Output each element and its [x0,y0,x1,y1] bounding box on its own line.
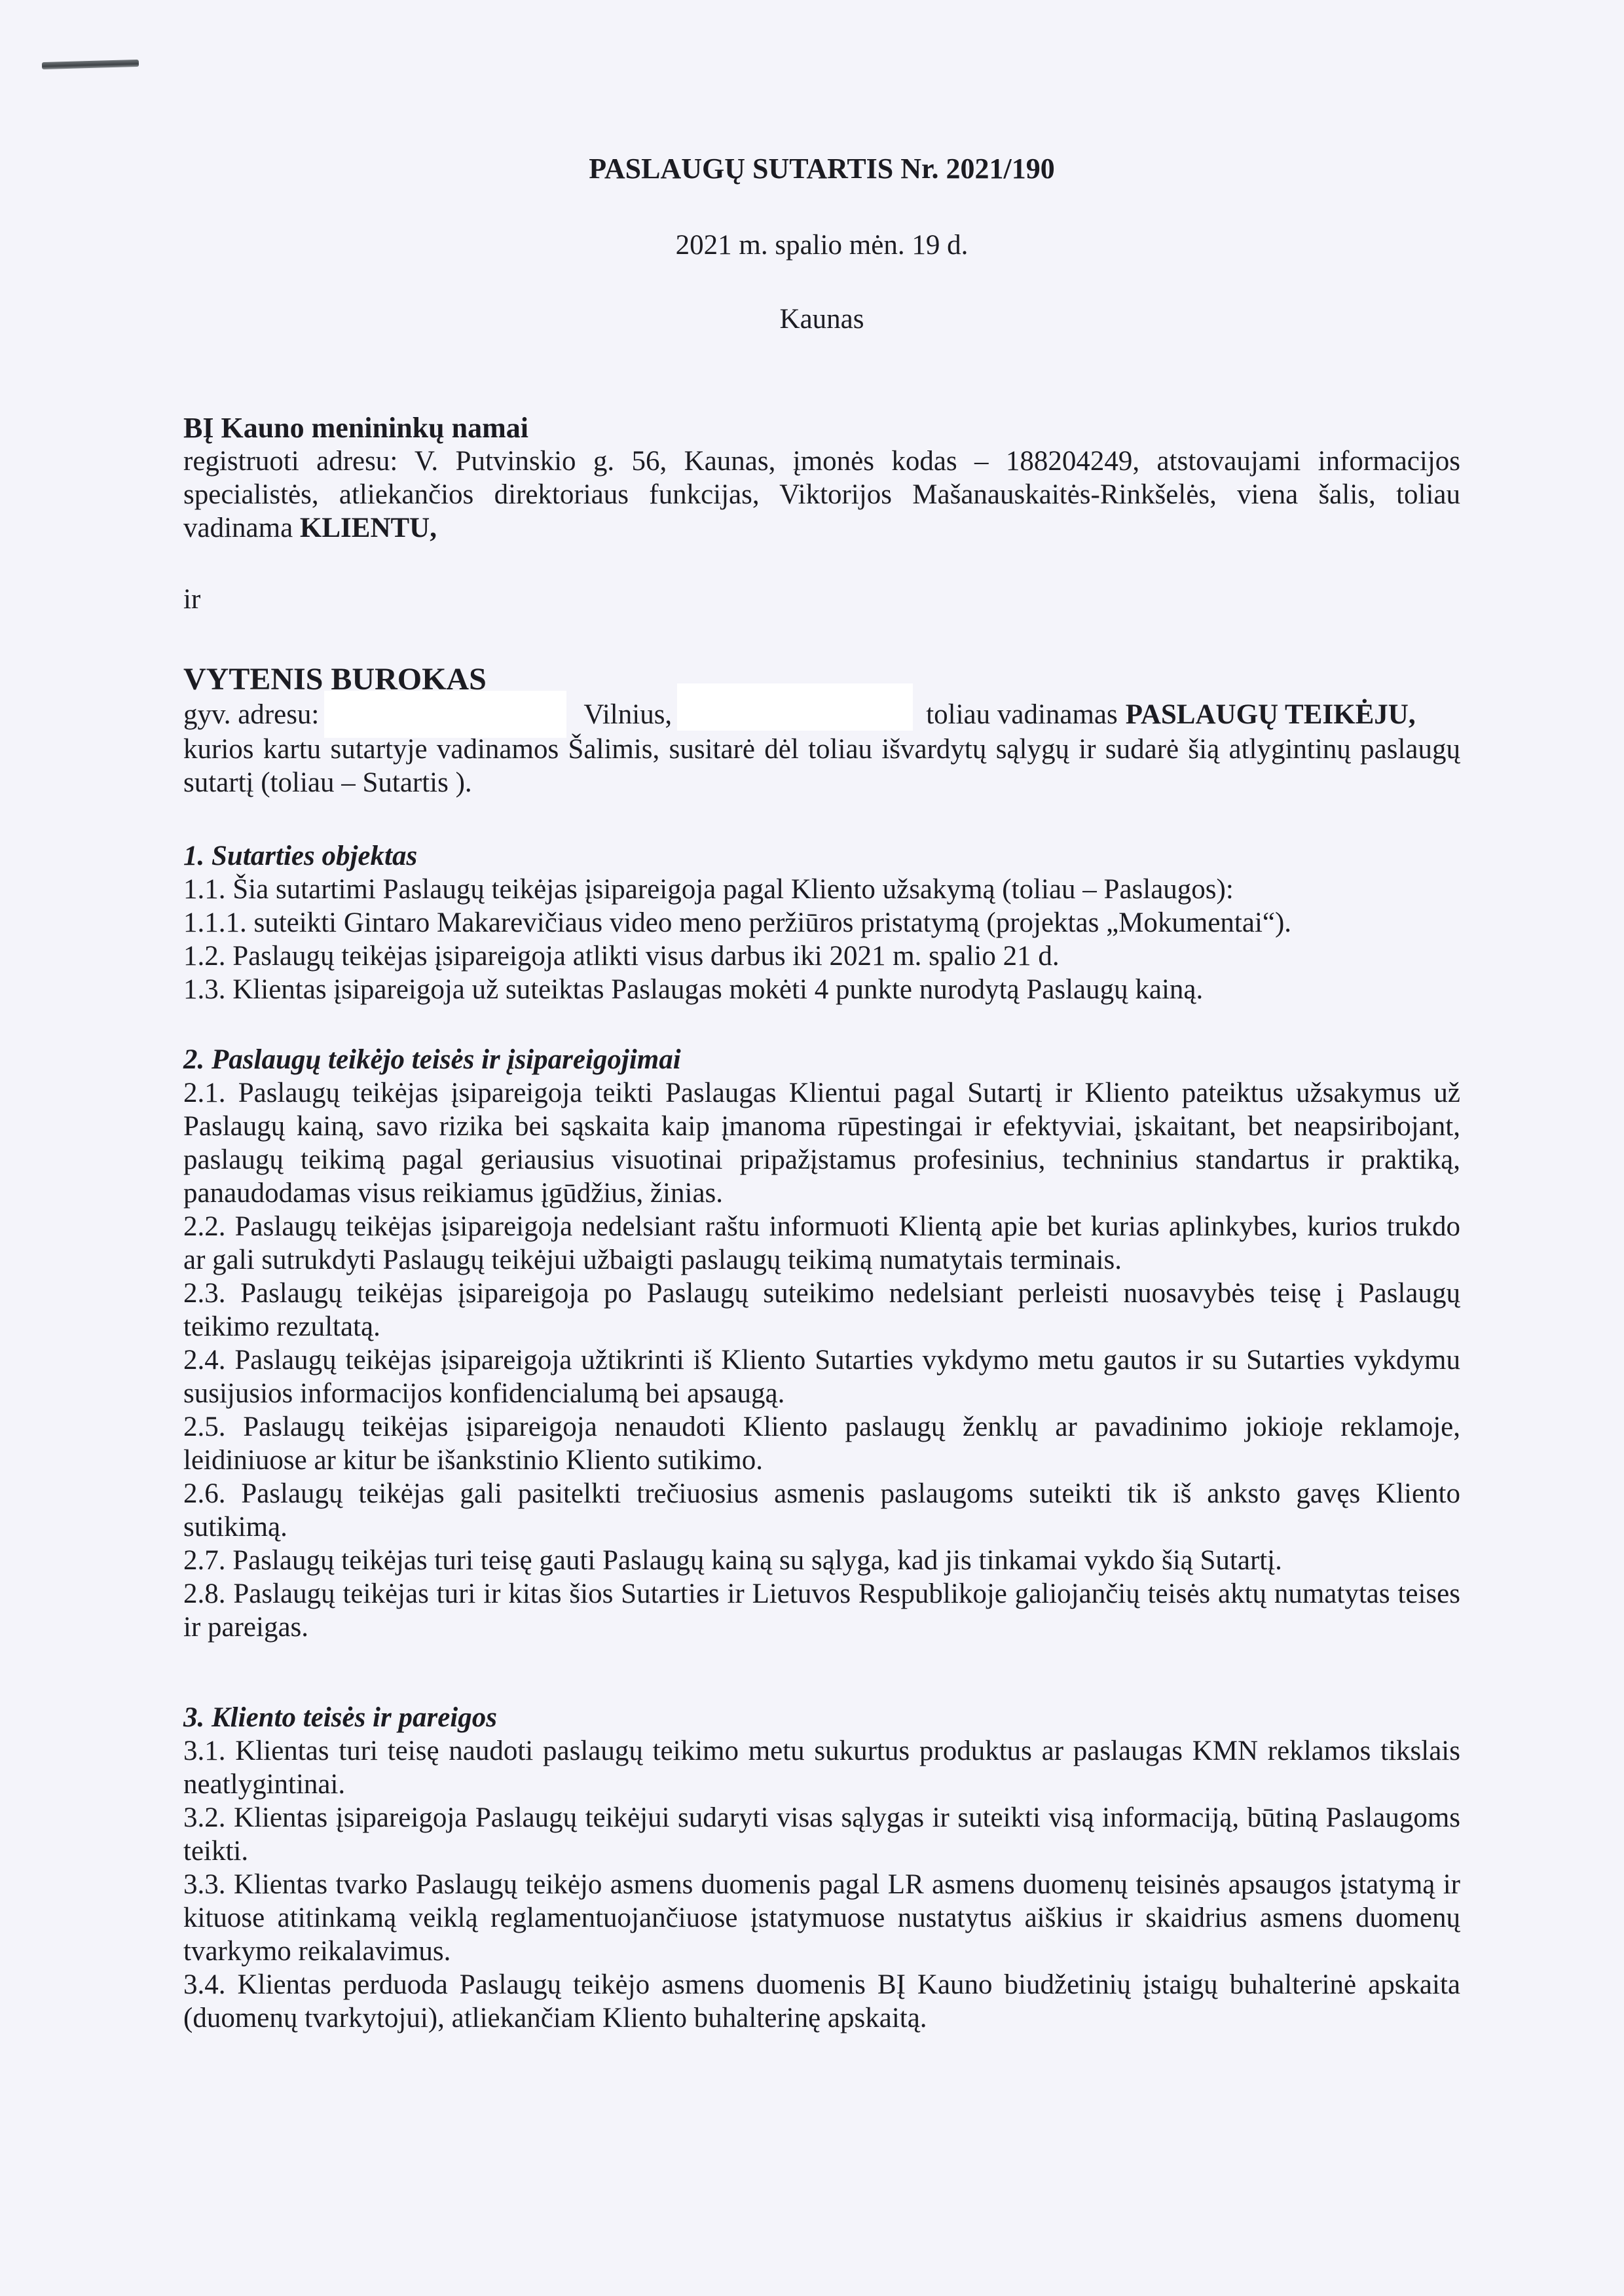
client-details: registruoti adresu: V. Putvinskio g. 56,… [183,445,1460,545]
document-date: 2021 m. spalio mėn. 19 d. [183,228,1460,262]
section-title: 1. Sutarties objektas [183,839,1460,873]
clause-3-1: 3.1. Klientas turi teisę naudoti paslaug… [183,1734,1460,1801]
clause-2-5: 2.5. Paslaugų teikėjas įsipareigoja nena… [183,1410,1460,1477]
client-block: BĮ Kauno menininkų namai registruoti adr… [183,411,1460,616]
staple-mark [42,60,139,69]
provider-intro: toliau vadinamas [926,698,1118,731]
client-name: BĮ Kauno menininkų namai [183,411,1460,445]
provider-role: PASLAUGŲ TEIKĖJU, [1126,698,1416,731]
section-2: 2. Paslaugų teikėjo teisės ir įsipareigo… [183,1043,1460,1644]
clause-3-4: 3.4. Klientas perduoda Paslaugų teikėjo … [183,1968,1460,2035]
provider-block: VYTENIS BUROKAS gyv. adresu: Vilnius, to… [183,663,1460,799]
redacted-details [677,683,913,731]
section-title: 2. Paslaugų teikėjo teisės ir įsipareigo… [183,1043,1460,1076]
clause-3-3: 3.3. Klientas tvarko Paslaugų teikėjo as… [183,1868,1460,1968]
clause-2-4: 2.4. Paslaugų teikėjas įsipareigoja užti… [183,1343,1460,1410]
connector-ir: ir [183,583,1460,616]
clause-2-8: 2.8. Paslaugų teikėjas turi ir kitas šio… [183,1577,1460,1644]
clause-2-2: 2.2. Paslaugų teikėjas įsipareigoja nede… [183,1210,1460,1277]
clause-1-1: 1.1. Šia sutartimi Paslaugų teikėjas įsi… [183,873,1460,906]
section-1: 1. Sutarties objektas 1.1. Šia sutartimi… [183,839,1460,1006]
document-city: Kaunas [183,302,1460,336]
provider-continuation: kurios kartu sutartyje vadinamos Šalimis… [183,733,1460,799]
clause-2-6: 2.6. Paslaugų teikėjas gali pasitelkti t… [183,1477,1460,1544]
clause-2-7: 2.7. Paslaugų teikėjas turi teisę gauti … [183,1544,1460,1577]
clause-1-3: 1.3. Klientas įsipareigoja už suteiktas … [183,973,1460,1006]
provider-city: Vilnius, [583,698,672,731]
document-title: PASLAUGŲ SUTARTIS Nr. 2021/190 [183,152,1460,185]
clause-1-1-1: 1.1.1. suteikti Gintaro Makarevičiaus vi… [183,906,1460,939]
section-title: 3. Kliento teisės ir pareigos [183,1701,1460,1734]
section-3: 3. Kliento teisės ir pareigos 3.1. Klien… [183,1701,1460,2035]
clause-2-1: 2.1. Paslaugų teikėjas įsipareigoja teik… [183,1076,1460,1210]
client-role: KLIENTU, [300,513,437,543]
clause-2-3: 2.3. Paslaugų teikėjas įsipareigoja po P… [183,1277,1460,1343]
clause-3-2: 3.2. Klientas įsipareigoja Paslaugų teik… [183,1801,1460,1868]
clause-1-2: 1.2. Paslaugų teikėjas įsipareigoja atli… [183,939,1460,973]
address-label: gyv. adresu: [183,698,319,731]
provider-address-line: gyv. adresu: Vilnius, toliau vadinamas P… [183,696,1460,733]
redacted-street [324,691,566,738]
